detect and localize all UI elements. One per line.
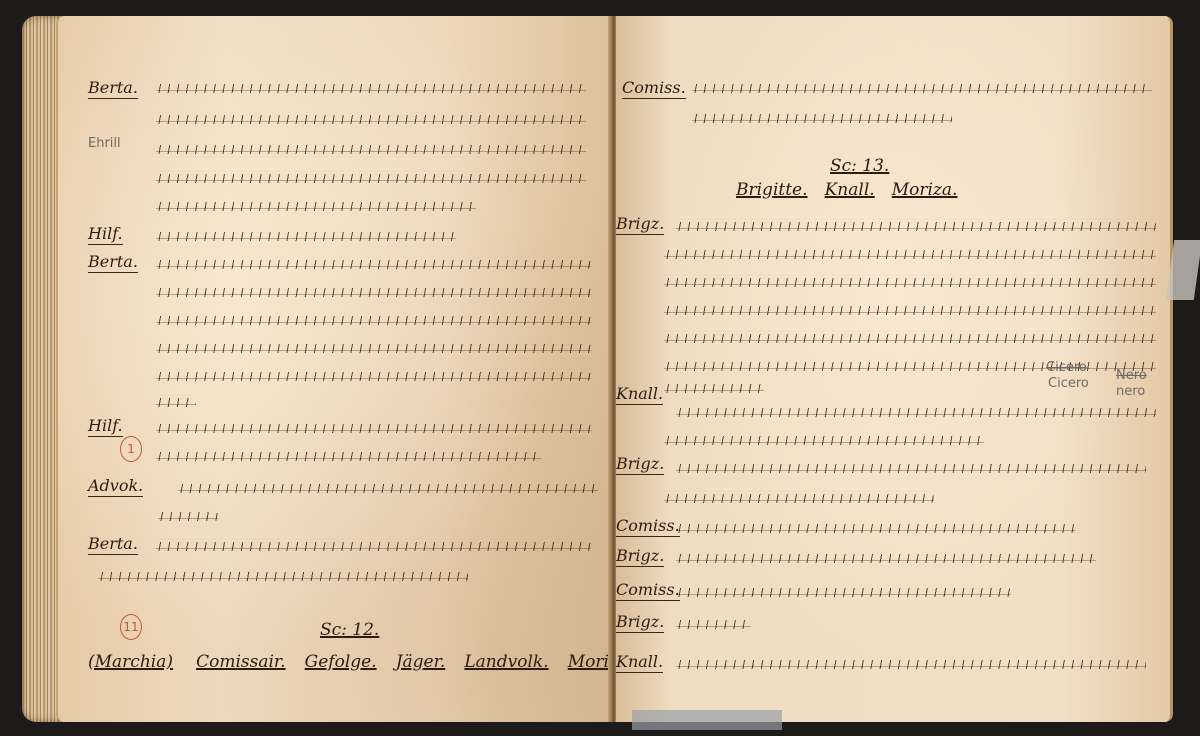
speaker-label: Comiss. bbox=[622, 78, 686, 99]
handwritten-line bbox=[156, 444, 541, 466]
open-manuscript-book: Berta. Ehrill Hilf. Berta. Hilf. 1 Advok… bbox=[22, 10, 1172, 726]
right-page: Comiss. Sc: 13. Brigitte. Knall. Moriza.… bbox=[616, 16, 1173, 722]
cast-name: Gefolge. bbox=[305, 652, 377, 672]
speaker-label: Hilf. bbox=[88, 416, 123, 437]
handwritten-line bbox=[156, 308, 591, 330]
handwritten-line bbox=[676, 580, 1011, 602]
handwritten-line bbox=[676, 612, 751, 634]
speaker-label: Brigz. bbox=[616, 214, 664, 235]
speaker-label: Brigz. bbox=[616, 454, 664, 475]
handwritten-line bbox=[156, 364, 591, 386]
paper-scrap bbox=[632, 710, 782, 730]
handwritten-line bbox=[156, 194, 476, 216]
handwritten-line bbox=[156, 76, 586, 98]
handwritten-line bbox=[676, 214, 1156, 236]
handwritten-line bbox=[158, 504, 218, 526]
handwritten-line bbox=[156, 336, 591, 358]
handwritten-line bbox=[676, 652, 1146, 674]
scene-heading: Sc: 12. bbox=[320, 620, 379, 640]
handwritten-line bbox=[692, 106, 952, 128]
handwritten-line bbox=[664, 242, 1156, 264]
speaker-label: Berta. bbox=[88, 78, 138, 99]
handwritten-line bbox=[178, 476, 598, 498]
cast-name: Jäger. bbox=[396, 652, 446, 672]
scene-cast-list: (Marchia) Comissair. Gefolge. Jäger. Lan… bbox=[88, 652, 633, 672]
handwritten-line bbox=[676, 546, 1096, 568]
speaker-label: Hilf. bbox=[88, 224, 123, 245]
handwritten-line bbox=[156, 224, 456, 246]
handwritten-line bbox=[664, 326, 1156, 348]
speaker-label: Knall. bbox=[616, 384, 663, 405]
handwritten-line bbox=[664, 376, 764, 398]
handwritten-line bbox=[692, 76, 1152, 98]
pencil-marginalia: Nero bbox=[1116, 368, 1147, 383]
cast-name: Moriza. bbox=[892, 180, 958, 200]
handwritten-line bbox=[156, 107, 586, 129]
scene-cast-list: Brigitte. Knall. Moriza. bbox=[736, 180, 957, 200]
handwritten-line bbox=[664, 486, 934, 508]
handwritten-line bbox=[664, 428, 984, 450]
handwritten-line bbox=[156, 416, 591, 438]
handwritten-line bbox=[156, 534, 591, 556]
speaker-label: Knall. bbox=[616, 652, 663, 673]
cast-name: (Marchia) bbox=[88, 652, 173, 672]
pencil-marginalia: Ehrill bbox=[88, 136, 121, 151]
speaker-label: Comiss. bbox=[616, 516, 680, 537]
cast-name: Landvolk. bbox=[464, 652, 548, 672]
handwritten-line bbox=[156, 390, 196, 412]
pencil-marginalia: Cicero bbox=[1048, 376, 1089, 391]
speaker-label: Brigz. bbox=[616, 546, 664, 567]
pencil-marginalia: nero bbox=[1116, 384, 1145, 399]
speaker-label: Berta. bbox=[88, 252, 138, 273]
scene-heading: Sc: 13. bbox=[830, 156, 889, 176]
library-stamp: 11 bbox=[120, 614, 142, 640]
handwritten-line bbox=[664, 270, 1156, 292]
handwritten-line bbox=[156, 166, 586, 188]
handwritten-line bbox=[98, 564, 468, 586]
speaker-label: Brigz. bbox=[616, 612, 664, 633]
handwritten-line bbox=[156, 252, 591, 274]
handwritten-line bbox=[156, 137, 586, 159]
cast-name: Knall. bbox=[825, 180, 875, 200]
library-stamp: 1 bbox=[120, 436, 142, 462]
speaker-label: Comiss. bbox=[616, 580, 680, 601]
pencil-marginalia: Cicero bbox=[1046, 360, 1087, 375]
cast-name: Brigitte. bbox=[736, 180, 808, 200]
speaker-label: Berta. bbox=[88, 534, 138, 555]
speaker-label: Advok. bbox=[88, 476, 143, 497]
left-page: Berta. Ehrill Hilf. Berta. Hilf. 1 Advok… bbox=[56, 16, 612, 722]
handwritten-line bbox=[676, 516, 1076, 538]
handwritten-line bbox=[676, 400, 1156, 422]
handwritten-line bbox=[676, 456, 1146, 478]
handwritten-line bbox=[664, 298, 1156, 320]
cast-name: Comissair. bbox=[196, 652, 285, 672]
handwritten-line bbox=[156, 280, 591, 302]
